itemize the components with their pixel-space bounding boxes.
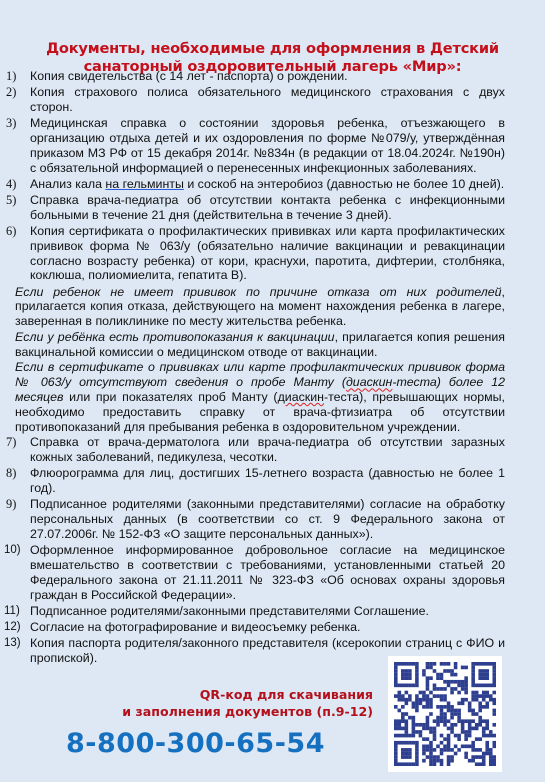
item-text: Подписанное родителями/законными предста…	[30, 604, 505, 619]
list-item: 6)Копия сертификата о профилактических п…	[0, 224, 505, 283]
item-text: Анализ кала на гельминты и соскоб на энт…	[30, 177, 505, 192]
item-number: 1)	[0, 69, 30, 84]
phone-number[interactable]: 8-800-300-65-54	[66, 728, 325, 759]
item-text: Копия сертификата о профилактических при…	[30, 224, 505, 283]
list-item: 10)Оформленное информированное доброволь…	[0, 543, 505, 602]
item-number: 12)	[0, 620, 30, 635]
note-italic: Если ребенок не имеет прививок по причин…	[15, 285, 502, 299]
item-text: Справка от врача-дерматолога или врача-п…	[30, 435, 505, 465]
underlined-text: на гельминты	[105, 177, 183, 191]
qr-caption-line-2: и заполнения документов (п.9-12)	[122, 703, 373, 720]
spellcheck-word: диаскин	[278, 390, 324, 404]
list-item: 7)Справка от врача-дерматолога или врача…	[0, 435, 505, 465]
item-number: 9)	[0, 497, 30, 541]
item-number: 6)	[0, 224, 30, 283]
title-line-1: Документы, необходимые для оформления в …	[0, 40, 545, 58]
list-item: 4)Анализ кала на гельминты и соскоб на э…	[0, 177, 505, 192]
item-text-part: Анализ кала	[30, 177, 105, 191]
item-number: 13)	[0, 636, 30, 666]
qr-caption-line-1: QR-код для скачивания	[122, 686, 373, 703]
item-text: Флюорограмма для лиц, достигших 15-летне…	[30, 466, 505, 496]
list-item: 12)Согласие на фотографирование и видеос…	[0, 620, 505, 635]
note-contraindications: Если у ребёнка есть противопоказания к в…	[0, 330, 505, 360]
note-vaccination-refusal: Если ребенок не имеет прививок по причин…	[0, 285, 505, 329]
note-mantoux-test: Если в сертификате о прививках или карте…	[0, 360, 505, 434]
item-text: Копия страхового полиса обязательного ме…	[30, 85, 505, 115]
item-number: 5)	[0, 193, 30, 223]
note-regular: или при показателях проб Манту (	[64, 390, 278, 404]
item-number: 2)	[0, 85, 30, 115]
item-number: 11)	[0, 604, 30, 619]
qr-code[interactable]	[388, 656, 502, 772]
item-text: Медицинская справка о состоянии здоровья…	[30, 116, 505, 175]
qr-code-icon	[394, 662, 496, 766]
note-italic: Если у ребёнка есть противопоказания к в…	[15, 330, 335, 344]
qr-caption: QR-код для скачивания и заполнения докум…	[122, 686, 373, 720]
item-text: Согласие на фотографирование и видеосъем…	[30, 620, 505, 635]
list-item: 1)Копия свидетельства (с 14 лет - паспор…	[0, 69, 505, 84]
item-text: Подписанное родителями (законными предст…	[30, 497, 505, 541]
item-number: 4)	[0, 177, 30, 192]
item-number: 10)	[0, 543, 30, 602]
list-item: 8)Флюорограмма для лиц, достигших 15-лет…	[0, 466, 505, 496]
list-item: 9)Подписанное родителями (законными пред…	[0, 497, 505, 541]
list-item: 3)Медицинская справка о состоянии здоров…	[0, 116, 505, 175]
list-item: 2)Копия страхового полиса обязательного …	[0, 85, 505, 115]
list-item: 11)Подписанное родителями/законными пред…	[0, 604, 505, 619]
item-number: 8)	[0, 466, 30, 496]
item-text: Оформленное информированное добровольное…	[30, 543, 505, 602]
spellcheck-word: диаскин	[346, 375, 392, 389]
item-text-part: и соскоб на энтеробиоз (давностью не бол…	[184, 177, 504, 191]
list-item: 5)Справка врача-педиатра об отсутствии к…	[0, 193, 505, 223]
item-text: Справка врача-педиатра об отсутствии кон…	[30, 193, 505, 223]
item-text: Копия свидетельства (с 14 лет - паспорта…	[30, 69, 505, 84]
item-number: 3)	[0, 116, 30, 175]
documents-list: 1)Копия свидетельства (с 14 лет - паспор…	[0, 69, 505, 667]
item-number: 7)	[0, 435, 30, 465]
